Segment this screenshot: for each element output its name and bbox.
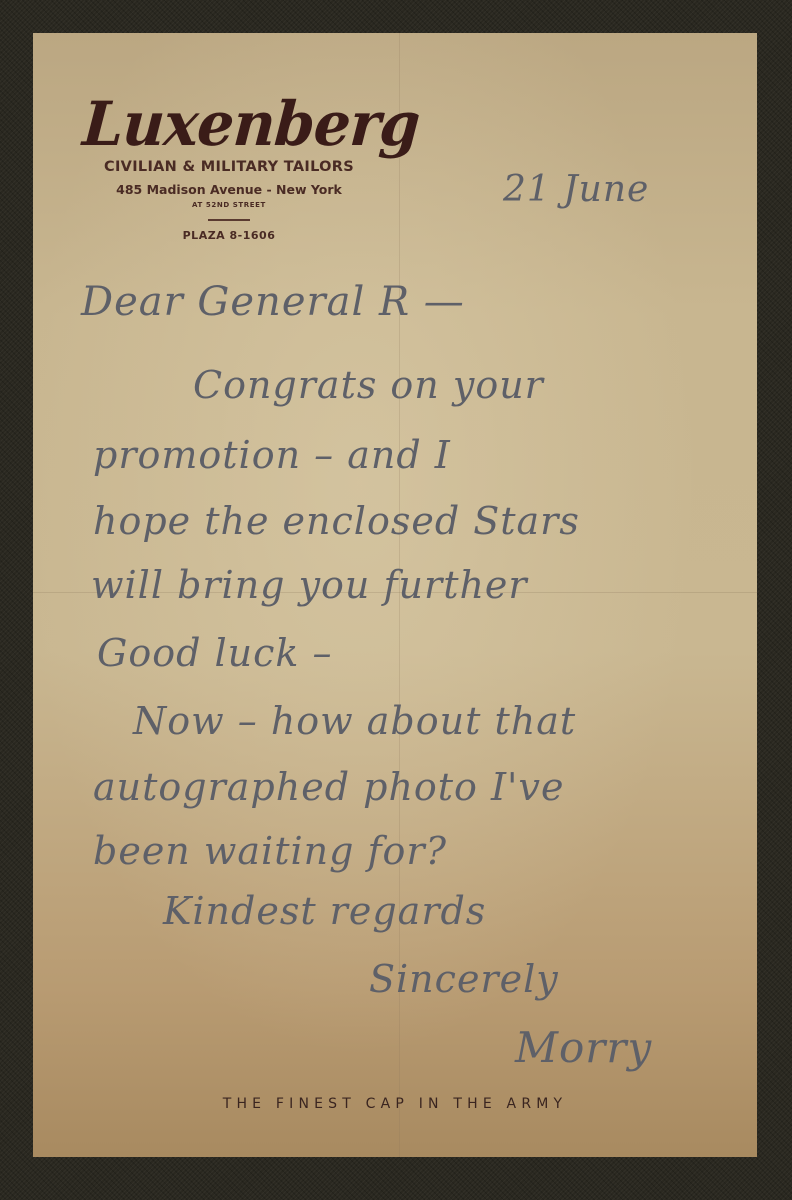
body-line-8: been waiting for? xyxy=(93,829,447,873)
body-line-4: will bring you further xyxy=(91,563,528,607)
closing-regards: Kindest regards xyxy=(163,889,486,933)
company-logo: Luxenberg xyxy=(81,91,382,156)
body-line-5: Good luck – xyxy=(97,631,333,675)
letterhead-tagline: CIVILIAN & MILITARY TAILORS xyxy=(79,159,379,175)
letterhead-phone: PLAZA 8-1606 xyxy=(79,229,379,242)
body-line-6: Now – how about that xyxy=(133,699,576,743)
signature: Morry xyxy=(515,1023,652,1072)
body-line-2: promotion – and I xyxy=(93,433,451,477)
letterhead-address: 485 Madison Avenue - New York xyxy=(79,182,379,197)
footer-tagline: THE FINEST CAP IN THE ARMY xyxy=(33,1096,757,1112)
letterhead-divider xyxy=(208,219,250,221)
closing-sincerely: Sincerely xyxy=(369,957,559,1001)
letterhead: Luxenberg CIVILIAN & MILITARY TAILORS 48… xyxy=(79,93,379,242)
body-line-7: autographed photo I've xyxy=(93,765,564,809)
letter-salutation: Dear General R — xyxy=(81,279,465,325)
body-line-3: hope the enclosed Stars xyxy=(93,499,580,543)
letter-date: 21 June xyxy=(503,169,649,210)
letterhead-cross-street: AT 52ND STREET xyxy=(79,201,379,209)
body-line-1: Congrats on your xyxy=(193,363,544,407)
letter-paper: Luxenberg CIVILIAN & MILITARY TAILORS 48… xyxy=(33,33,757,1157)
